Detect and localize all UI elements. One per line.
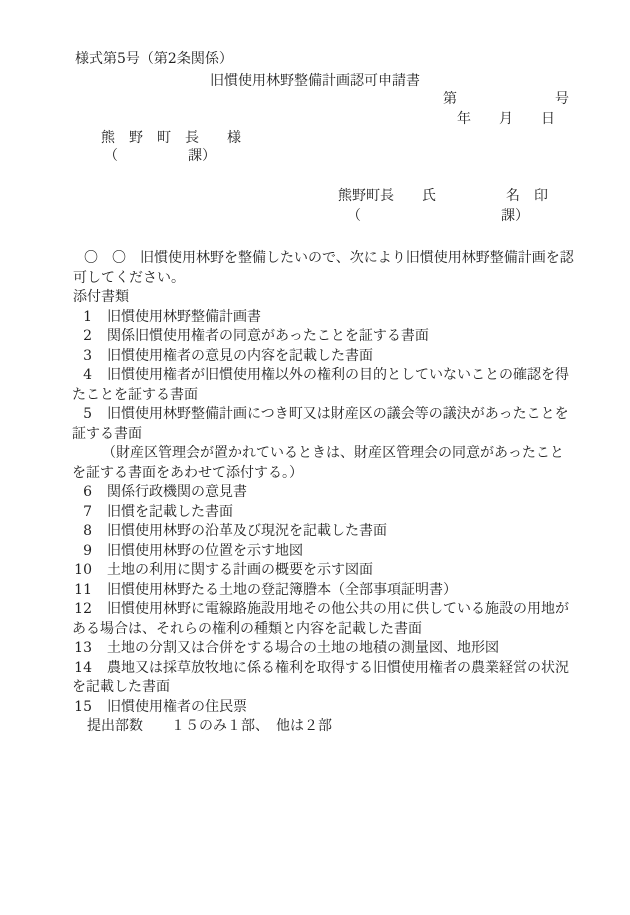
attachment-item-text: 農地又は採草放牧地に係る権利を取得する旧慣使用権者の農業経営の状況 [107,660,569,676]
request-paragraph-line-2: 可してください。 [0,269,630,289]
addressee-section-line: （ 課） [104,147,216,167]
attachment-item-5: 5旧慣使用林野整備計画につき町又は財産区の議会等の議決があったことを [0,405,630,425]
request-paragraph-line-1: 〇 〇 旧慣使用林野を整備したいので、次により旧慣使用林野整備計画を認 [0,249,630,269]
attachment-item-number: 6 [73,483,92,503]
attachment-item-4-continuation: たことを証する書面 [0,386,630,406]
attachment-item-text: 旧慣使用林野の位置を示す地図 [107,543,303,559]
attachment-item-number: 15 [73,698,92,718]
attachment-item-13: 13土地の分割又は合併をする場合の土地の地積の測量図、地形図 [0,639,630,659]
attachment-item-12: 12旧慣使用林野に電線路施設用地その他公共の用に供している施設の用地が [0,600,630,620]
attachment-item-number: 4 [73,366,92,386]
attachment-item-2: 2関係旧慣使用権者の同意があったことを証する書面 [0,327,630,347]
attachment-item-number: 11 [73,581,92,601]
form-label: 様式第5号（第2条関係） [75,50,233,70]
document-body: 〇 〇 旧慣使用林野を整備したいので、次により旧慣使用林野整備計画を認 可してく… [0,249,630,737]
attachment-item-text: 関係旧慣使用権者の同意があったことを証する書面 [107,328,429,344]
attachment-item-8: 8旧慣使用林野の沿革及び現況を記載した書面 [0,522,630,542]
date-line: 年 月 日 [457,110,555,130]
attachment-item-text: 旧慣使用権者が旧慣使用権以外の権利の目的としていないことの確認を得 [107,367,569,383]
addressee-line: 熊 野 町 長 様 [101,129,241,149]
attachment-item-text: 旧慣使用林野に電線路施設用地その他公共の用に供している施設の用地が [107,601,569,617]
applicant-section-line: （ 課） [347,207,529,227]
attachment-item-4: 4旧慣使用権者が旧慣使用権以外の権利の目的としていないことの確認を得 [0,366,630,386]
attachment-item-3: 3旧慣使用権者の意見の内容を記載した書面 [0,347,630,367]
attachment-item-text: 旧慣使用権者の意見の内容を記載した書面 [107,348,373,364]
attachment-item-15: 15旧慣使用権者の住民票 [0,698,630,718]
attachments-heading: 添付書類 [0,288,630,308]
attachment-item-number: 14 [73,659,92,679]
attachment-item-11: 11旧慣使用林野たる土地の登記簿謄本（全部事項証明書） [0,581,630,601]
document-number-line: 第 号 [443,90,569,110]
applicant-signature-line: 熊野町長 氏 名 印 [338,187,548,207]
document-title: 旧慣使用林野整備計画認可申請書 [0,72,630,92]
attachment-item-text: 土地の分割又は合併をする場合の土地の地積の測量図、地形図 [107,640,499,656]
attachment-item-5-note-line-2: を証する書面をあわせて添付する。） [0,464,630,484]
submission-count-line: 提出部数 １５のみ１部、 他は２部 [0,717,630,737]
attachment-item-text: 土地の利用に関する計画の概要を示す図面 [107,562,373,578]
attachment-item-5-note-line-1: （財産区管理会が置かれているときは、財産区管理会の同意があったこと [0,444,630,464]
attachment-item-number: 7 [73,503,92,523]
attachment-item-9: 9旧慣使用林野の位置を示す地図 [0,542,630,562]
attachment-item-number: 1 [73,308,92,328]
attachment-item-number: 5 [73,405,92,425]
attachment-item-number: 8 [73,522,92,542]
attachment-item-text: 関係行政機関の意見書 [107,484,247,500]
attachment-item-text: 旧慣を記載した書面 [107,504,233,520]
attachment-item-number: 2 [73,327,92,347]
attachment-item-number: 10 [73,561,92,581]
attachment-item-number: 9 [73,542,92,562]
attachment-item-14: 14農地又は採草放牧地に係る権利を取得する旧慣使用権者の農業経営の状況 [0,659,630,679]
attachment-item-1: 1旧慣使用林野整備計画書 [0,308,630,328]
attachment-item-text: 旧慣使用林野たる土地の登記簿謄本（全部事項証明書） [107,582,457,598]
attachment-item-text: 旧慣使用林野整備計画につき町又は財産区の議会等の議決があったことを [107,406,569,422]
attachment-item-12-continuation: ある場合は、それらの権利の種類と内容を記載した書面 [0,620,630,640]
attachment-item-14-continuation: を記載した書面 [0,678,630,698]
attachment-item-number: 3 [73,347,92,367]
attachment-item-text: 旧慣使用林野整備計画書 [107,309,261,325]
document-page: 様式第5号（第2条関係） 旧慣使用林野整備計画認可申請書 第 号 年 月 日 熊… [0,0,630,915]
attachment-item-10: 10土地の利用に関する計画の概要を示す図面 [0,561,630,581]
attachment-item-6: 6関係行政機関の意見書 [0,483,630,503]
attachment-item-number: 13 [73,639,92,659]
attachment-item-number: 12 [73,600,92,620]
attachment-item-5-continuation: 証する書面 [0,425,630,445]
attachment-item-text: 旧慣使用林野の沿革及び現況を記載した書面 [107,523,387,539]
attachment-item-7: 7旧慣を記載した書面 [0,503,630,523]
attachment-item-text: 旧慣使用権者の住民票 [107,699,247,715]
